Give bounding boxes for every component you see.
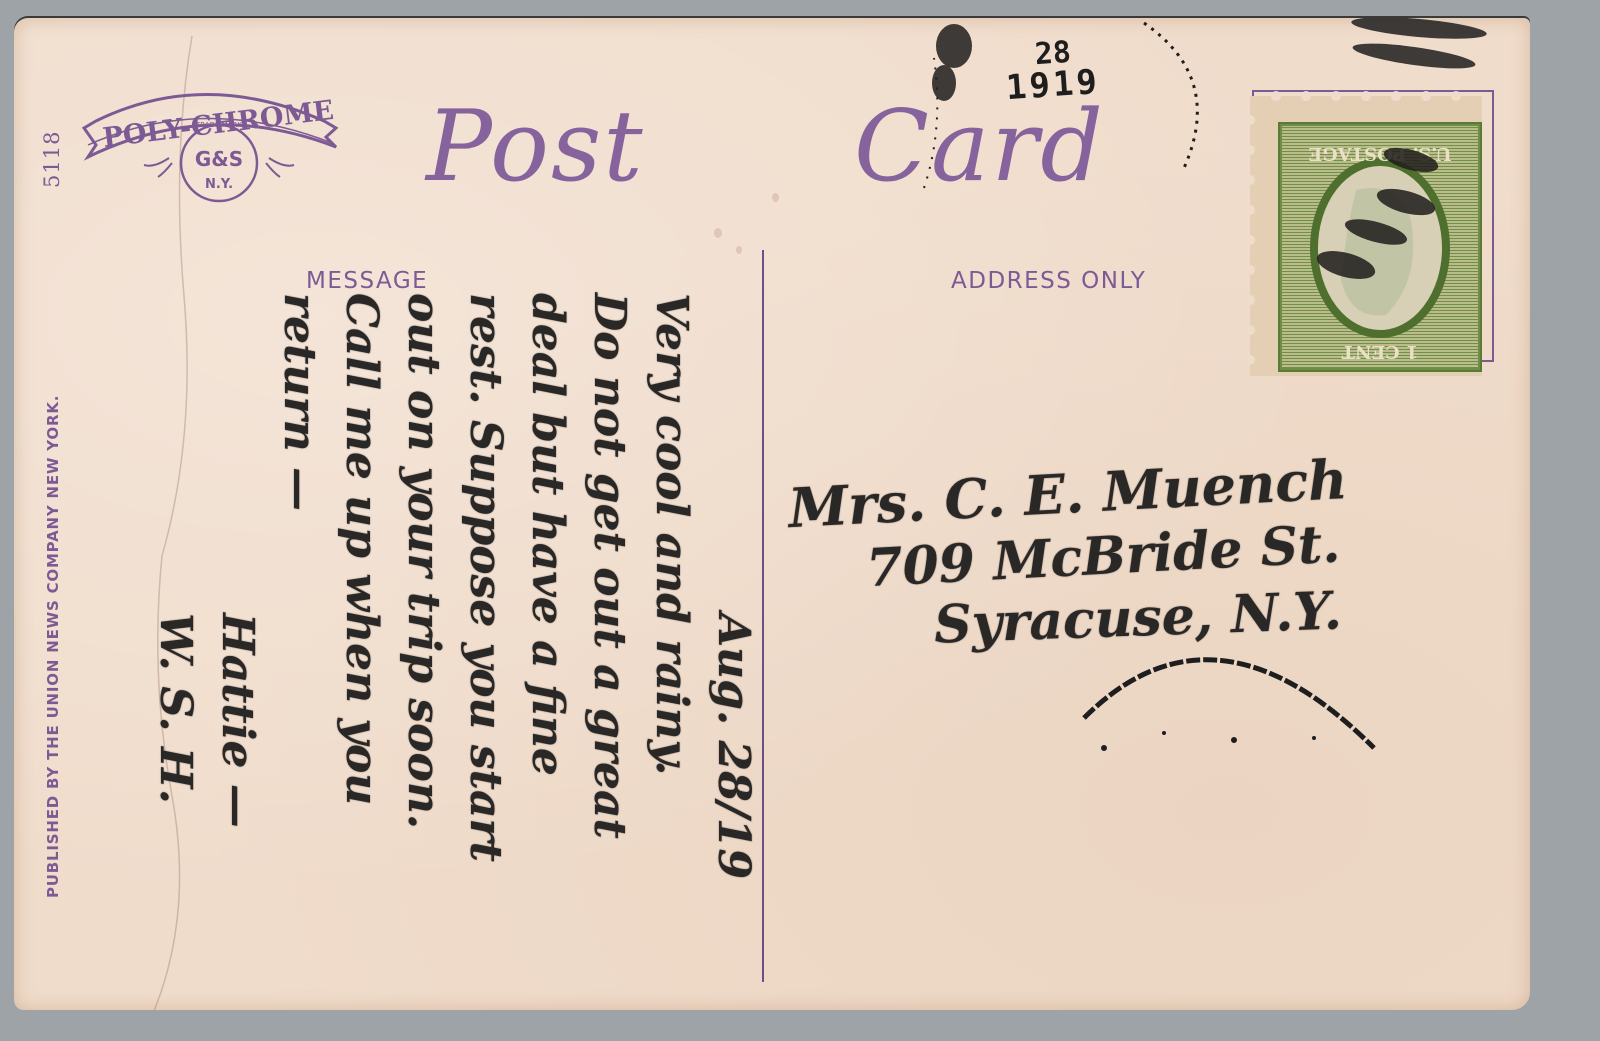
- handwritten-message: Aug. 28/19 Very cool and rainy. Do not g…: [114, 293, 774, 993]
- message-line: rest. Suppose you start: [454, 293, 516, 993]
- svg-text:1 CENT: 1 CENT: [1341, 341, 1418, 362]
- message-signature: Hattie —: [206, 613, 268, 993]
- message-line: deal but have a fine: [516, 293, 578, 993]
- publisher-line: PUBLISHED BY THE UNION NEWS COMPANY NEW …: [44, 268, 74, 898]
- post-title: Post: [426, 90, 645, 204]
- message-line: return —: [268, 293, 330, 993]
- svg-text:TRADE MARK: TRADE MARK: [195, 121, 242, 129]
- address-label: ADDRESS ONLY: [951, 268, 1146, 294]
- message-line: Very cool and rainy.: [640, 293, 702, 993]
- postcard: 5118 POLY-CHROME TRADE MARK G&S N.Y. Pos…: [14, 18, 1530, 1010]
- svg-text:N.Y.: N.Y.: [205, 177, 233, 192]
- svg-text:G&S: G&S: [195, 147, 243, 171]
- message-line: out on your trip soon.: [392, 293, 454, 993]
- polychrome-logo: POLY-CHROME TRADE MARK G&S N.Y.: [74, 73, 344, 203]
- foxing-spot: [736, 246, 742, 254]
- message-initials: W. S. H.: [144, 613, 206, 993]
- postmark-year: 1919: [1005, 65, 1101, 104]
- message-label: MESSAGE: [306, 268, 428, 294]
- message-date: Aug. 28/19: [702, 613, 764, 993]
- foxing-spot: [714, 228, 722, 238]
- cancellation-arc: [1074, 608, 1394, 758]
- message-line: Do not get out a great: [578, 293, 640, 993]
- postmark: [894, 18, 1514, 218]
- message-line: Call me up when you: [330, 293, 392, 993]
- postmark-date: 28 1919: [1006, 40, 1100, 101]
- foxing-spot: [772, 193, 779, 202]
